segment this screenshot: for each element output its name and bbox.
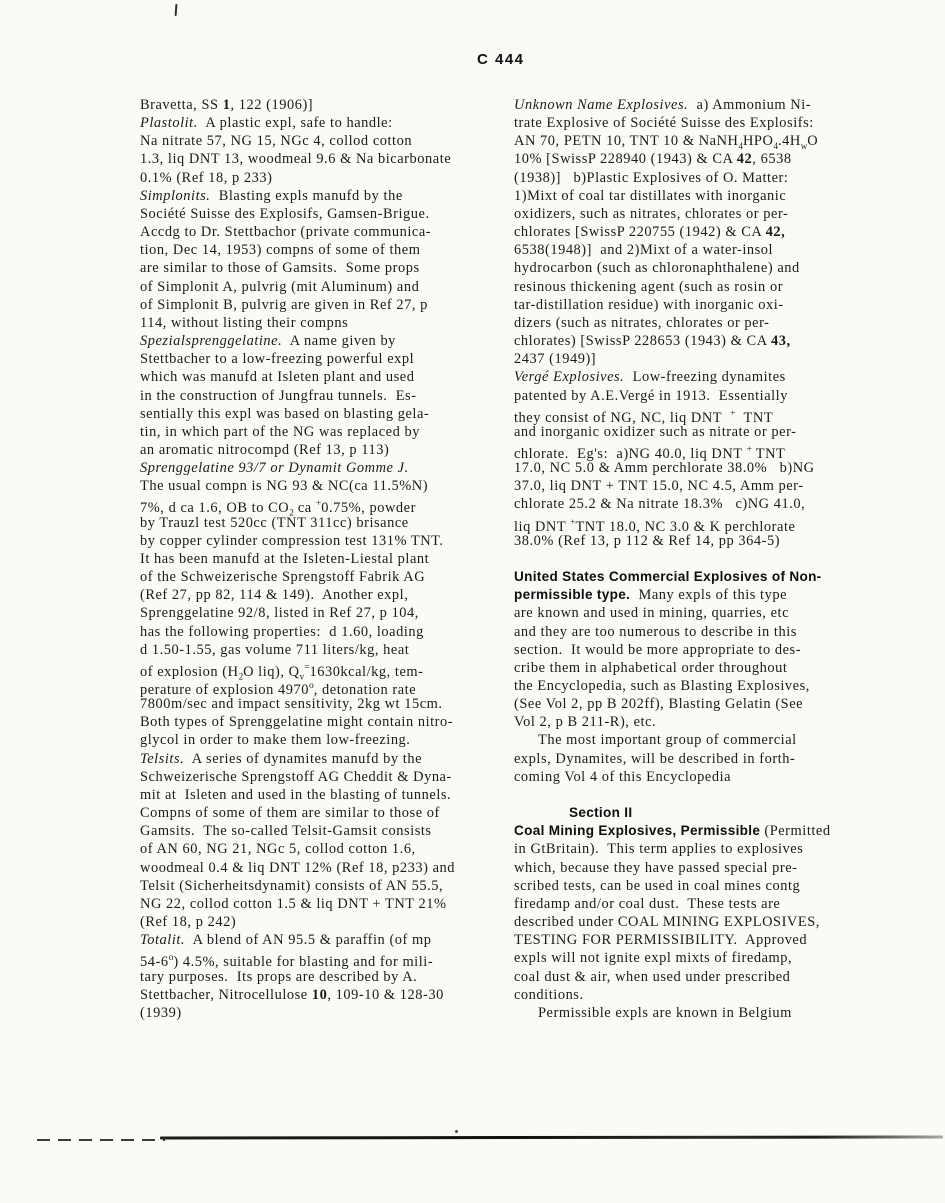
page-number: C 444 [477,51,525,68]
text-line: (Ref 18, p 242) [140,913,502,931]
text-line: 7800m/sec and impact sensitivity, 2kg wt… [140,695,502,713]
text-line: AN 70, PETN 10, TNT 10 & NaNH4HPO4.4HwO [514,132,892,150]
text-line: Totalit. A blend of AN 95.5 & paraffin (… [140,931,502,949]
text-line: and they are too numerous to describe in… [514,623,892,641]
text-line: chlorates [SwissP 220755 (1942) & CA 42, [514,223,892,241]
text-line: an aromatic nitrocompd (Ref 13, p 113) [140,441,502,459]
text-line: Plastolit. A plastic expl, safe to handl… [140,114,502,132]
text-line: by Trauzl test 520cc (TNT 311cc) brisanc… [140,514,502,532]
text-line: are known and used in mining, quarries, … [514,604,892,622]
text-line: Accdg to Dr. Stettbachor (private commun… [140,223,502,241]
scan-edge-line-artifact [160,1135,943,1139]
text-line: chlorate. Eg's: a)NG 40.0, liq DNT + TNT [514,441,892,459]
text-line: expls will not ignite expl mixts of fire… [514,949,892,967]
text-line: oxidizers, such as nitrates, chlorates o… [514,205,892,223]
text-line: (Ref 27, pp 82, 114 & 149). Another expl… [140,586,502,604]
text-line: Na nitrate 57, NG 15, NGc 4, collod cott… [140,132,502,150]
text-line: Sprenggelatine 93/7 or Dynamit Gomme J. [140,459,502,477]
text-line: 1)Mixt of coal tar distillates with inor… [514,187,892,205]
text-line: Both types of Sprenggelatine might conta… [140,713,502,731]
text-line: in the construction of Jungfrau tunnels.… [140,387,502,405]
text-line: (See Vol 2, pp B 202ff), Blasting Gelati… [514,695,892,713]
text-line: 1.3, liq DNT 13, woodmeal 9.6 & Na bicar… [140,150,502,168]
text-line: Schweizerische Sprengstoff AG Cheddit & … [140,768,502,786]
text-line: which, because they have passed special … [514,859,892,877]
text-line: of the Schweizerische Sprengstoff Fabrik… [140,568,502,586]
text-line: woodmeal 0.4 & liq DNT 12% (Ref 18, p233… [140,859,502,877]
text-line: Vol 2, p B 211-R), etc. [514,713,892,731]
text-line: and inorganic oxidizer such as nitrate o… [514,423,892,441]
scan-speck-artifact [455,1130,458,1133]
text-line: 7%, d ca 1.6, OB to CO2 ca +0.75%, powde… [140,495,502,513]
text-line: Telsit (Sicherheitsdynamit) consists of … [140,877,502,895]
pen-mark-artifact [175,4,178,16]
text-line: in GtBritain). This term applies to expl… [514,840,892,858]
text-line: d 1.50-1.55, gas volume 711 liters/kg, h… [140,641,502,659]
text-line: Stettbacher, Nitrocellulose 10, 109-10 &… [140,986,502,1004]
text-line: 17.0, NC 5.0 & Amm perchlorate 38.0% b)N… [514,459,892,477]
text-line: Simplonits. Blasting expls manufd by the [140,187,502,205]
text-line: they consist of NG, NC, liq DNT + TNT [514,405,892,423]
text-line: perature of explosion 4970o, detonation … [140,677,502,695]
text-line: conditions. [514,986,892,1004]
text-line: chlorate 25.2 & Na nitrate 18.3% c)NG 41… [514,495,892,513]
text-line: chlorates) [SwissP 228653 (1943) & CA 43… [514,332,892,350]
text-line: tion, Dec 14, 1953) compns of some of th… [140,241,502,259]
text-line: section. It would be more appropriate to… [514,641,892,659]
text-line: Bravetta, SS 1, 122 (1906)] [140,96,502,114]
right-text-column: Unknown Name Explosives. a) Ammonium Ni-… [514,96,892,1022]
text-line: Gamsits. The so-called Telsit-Gamsit con… [140,822,502,840]
text-line: 10% [SwissP 228940 (1943) & CA 42, 6538 [514,150,892,168]
text-line: 0.1% (Ref 18, p 233) [140,169,502,187]
text-line: tary purposes. Its props are described b… [140,968,502,986]
text-line: Coal Mining Explosives, Permissible (Per… [514,822,892,840]
text-line: United States Commercial Explosives of N… [514,568,892,586]
text-line: Unknown Name Explosives. a) Ammonium Ni- [514,96,892,114]
text-line: firedamp and/or coal dust. These tests a… [514,895,892,913]
text-line: Telsits. A series of dynamites manufd by… [140,750,502,768]
text-line: has the following properties: d 1.60, lo… [140,623,502,641]
text-line: described under COAL MINING EXPLOSIVES, [514,913,892,931]
text-line: of explosion (H2O liq), Qv=1630kcal/kg, … [140,659,502,677]
text-line: (1939) [140,1004,502,1022]
text-line: 114, without listing their compns [140,314,502,332]
scan-edge-dashes-artifact [37,1139,165,1141]
document-page: C 444 Bravetta, SS 1, 122 (1906)]Plastol… [0,0,945,1203]
text-line: dizers (such as nitrates, chlorates or p… [514,314,892,332]
text-line: mit at Isleten and used in the blasting … [140,786,502,804]
left-text-column: Bravetta, SS 1, 122 (1906)]Plastolit. A … [140,96,502,1022]
text-line: hydrocarbon (such as chloronaphthalene) … [514,259,892,277]
text-line: cribe them in alphabetical order through… [514,659,892,677]
text-line: TESTING FOR PERMISSIBILITY. Approved [514,931,892,949]
text-line: Compns of some of them are similar to th… [140,804,502,822]
text-line: Section II [514,804,892,822]
text-line: 38.0% (Ref 13, p 112 & Ref 14, pp 364-5) [514,532,892,550]
text-line: patented by A.E.Vergé in 1913. Essential… [514,387,892,405]
text-line: the Encyclopedia, such as Blasting Explo… [514,677,892,695]
text-line: sentially this expl was based on blastin… [140,405,502,423]
text-line: 2437 (1949)] [514,350,892,368]
text-line: The most important group of commercial [514,731,892,749]
text-line: (1938)] b)Plastic Explosives of O. Matte… [514,169,892,187]
text-line: liq DNT +TNT 18.0, NC 3.0 & K perchlorat… [514,514,892,532]
text-line: Stettbacher to a low-freezing powerful e… [140,350,502,368]
text-line: The usual compn is NG 93 & NC(ca 11.5%N) [140,477,502,495]
text-line: scribed tests, can be used in coal mines… [514,877,892,895]
text-line: coming Vol 4 of this Encyclopedia [514,768,892,786]
text-line: by copper cylinder compression test 131%… [140,532,502,550]
text-line: of AN 60, NG 21, NGc 5, collod cotton 1.… [140,840,502,858]
text-line: Société Suisse des Explosifs, Gamsen-Bri… [140,205,502,223]
text-line: which was manufd at Isleten plant and us… [140,368,502,386]
text-line: are similar to those of Gamsits. Some pr… [140,259,502,277]
text-line: trate Explosive of Société Suisse des Ex… [514,114,892,132]
text-line: of Simplonit B, pulvrig are given in Ref… [140,296,502,314]
text-line: NG 22, collod cotton 1.5 & liq DNT + TNT… [140,895,502,913]
text-line: glycol in order to make them low-freezin… [140,731,502,749]
text-line: Sprenggelatine 92/8, listed in Ref 27, p… [140,604,502,622]
text-line: 54-6o) 4.5%, suitable for blasting and f… [140,949,502,967]
text-line: coal dust & air, when used under prescri… [514,968,892,986]
text-line: Vergé Explosives. Low-freezing dynamites [514,368,892,386]
text-line: 37.0, liq DNT + TNT 15.0, NC 4.5, Amm pe… [514,477,892,495]
text-line: It has been manufd at the Isleten-Liesta… [140,550,502,568]
text-line: of Simplonit A, pulvrig (mit Aluminum) a… [140,278,502,296]
text-line [514,550,892,568]
text-line: Spezialsprenggelatine. A name given by [140,332,502,350]
text-line: Permissible expls are known in Belgium [514,1004,892,1022]
text-line: expls, Dynamites, will be described in f… [514,750,892,768]
text-line: tar-distillation residue) with inorganic… [514,296,892,314]
text-line: resinous thickening agent (such as rosin… [514,278,892,296]
text-line: 6538(1948)] and 2)Mixt of a water-insol [514,241,892,259]
text-line: tin, in which part of the NG was replace… [140,423,502,441]
text-line: permissible type. Many expls of this typ… [514,586,892,604]
text-line [514,786,892,804]
